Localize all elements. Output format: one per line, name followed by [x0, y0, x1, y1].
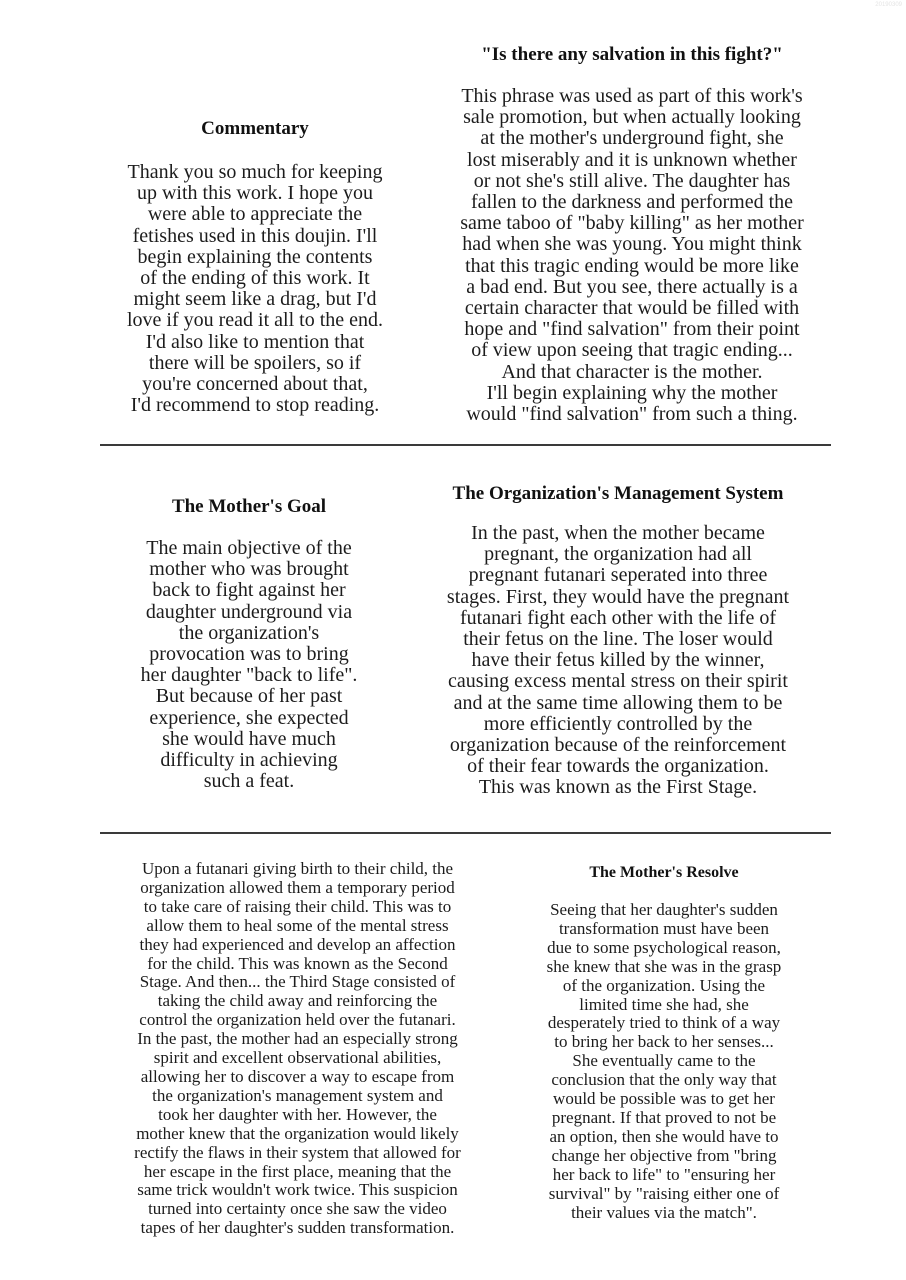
- mothers-resolve-section: The Mother's Resolve Seeing that her dau…: [520, 862, 808, 1222]
- org-system-body: In the past, when the mother became preg…: [425, 523, 811, 799]
- mothers-goal-body: The main objective of the mother who was…: [120, 538, 378, 792]
- salvation-section: "Is there any salvation in this fight?" …: [432, 42, 832, 425]
- commentary-section: Commentary Thank you so much for keeping…: [105, 116, 405, 416]
- org-system-title: The Organization's Management System: [425, 481, 811, 507]
- mothers-goal-title: The Mother's Goal: [120, 494, 378, 520]
- stages-body: Upon a futanari giving birth to their ch…: [105, 860, 490, 1238]
- mothers-goal-section: The Mother's Goal The main objective of …: [120, 494, 378, 792]
- section-divider: [100, 444, 831, 446]
- mothers-resolve-body: Seeing that her daughter's sudden transf…: [520, 901, 808, 1222]
- salvation-title: "Is there any salvation in this fight?": [432, 42, 832, 68]
- watermark: 20190309: [875, 2, 902, 8]
- org-system-section: The Organization's Management System In …: [425, 481, 811, 799]
- stages-section: Upon a futanari giving birth to their ch…: [105, 860, 490, 1238]
- commentary-title: Commentary: [105, 116, 405, 142]
- commentary-body: Thank you so much for keeping up with th…: [105, 162, 405, 416]
- section-divider: [100, 832, 831, 834]
- mothers-resolve-title: The Mother's Resolve: [520, 862, 808, 884]
- salvation-body: This phrase was used as part of this wor…: [432, 86, 832, 425]
